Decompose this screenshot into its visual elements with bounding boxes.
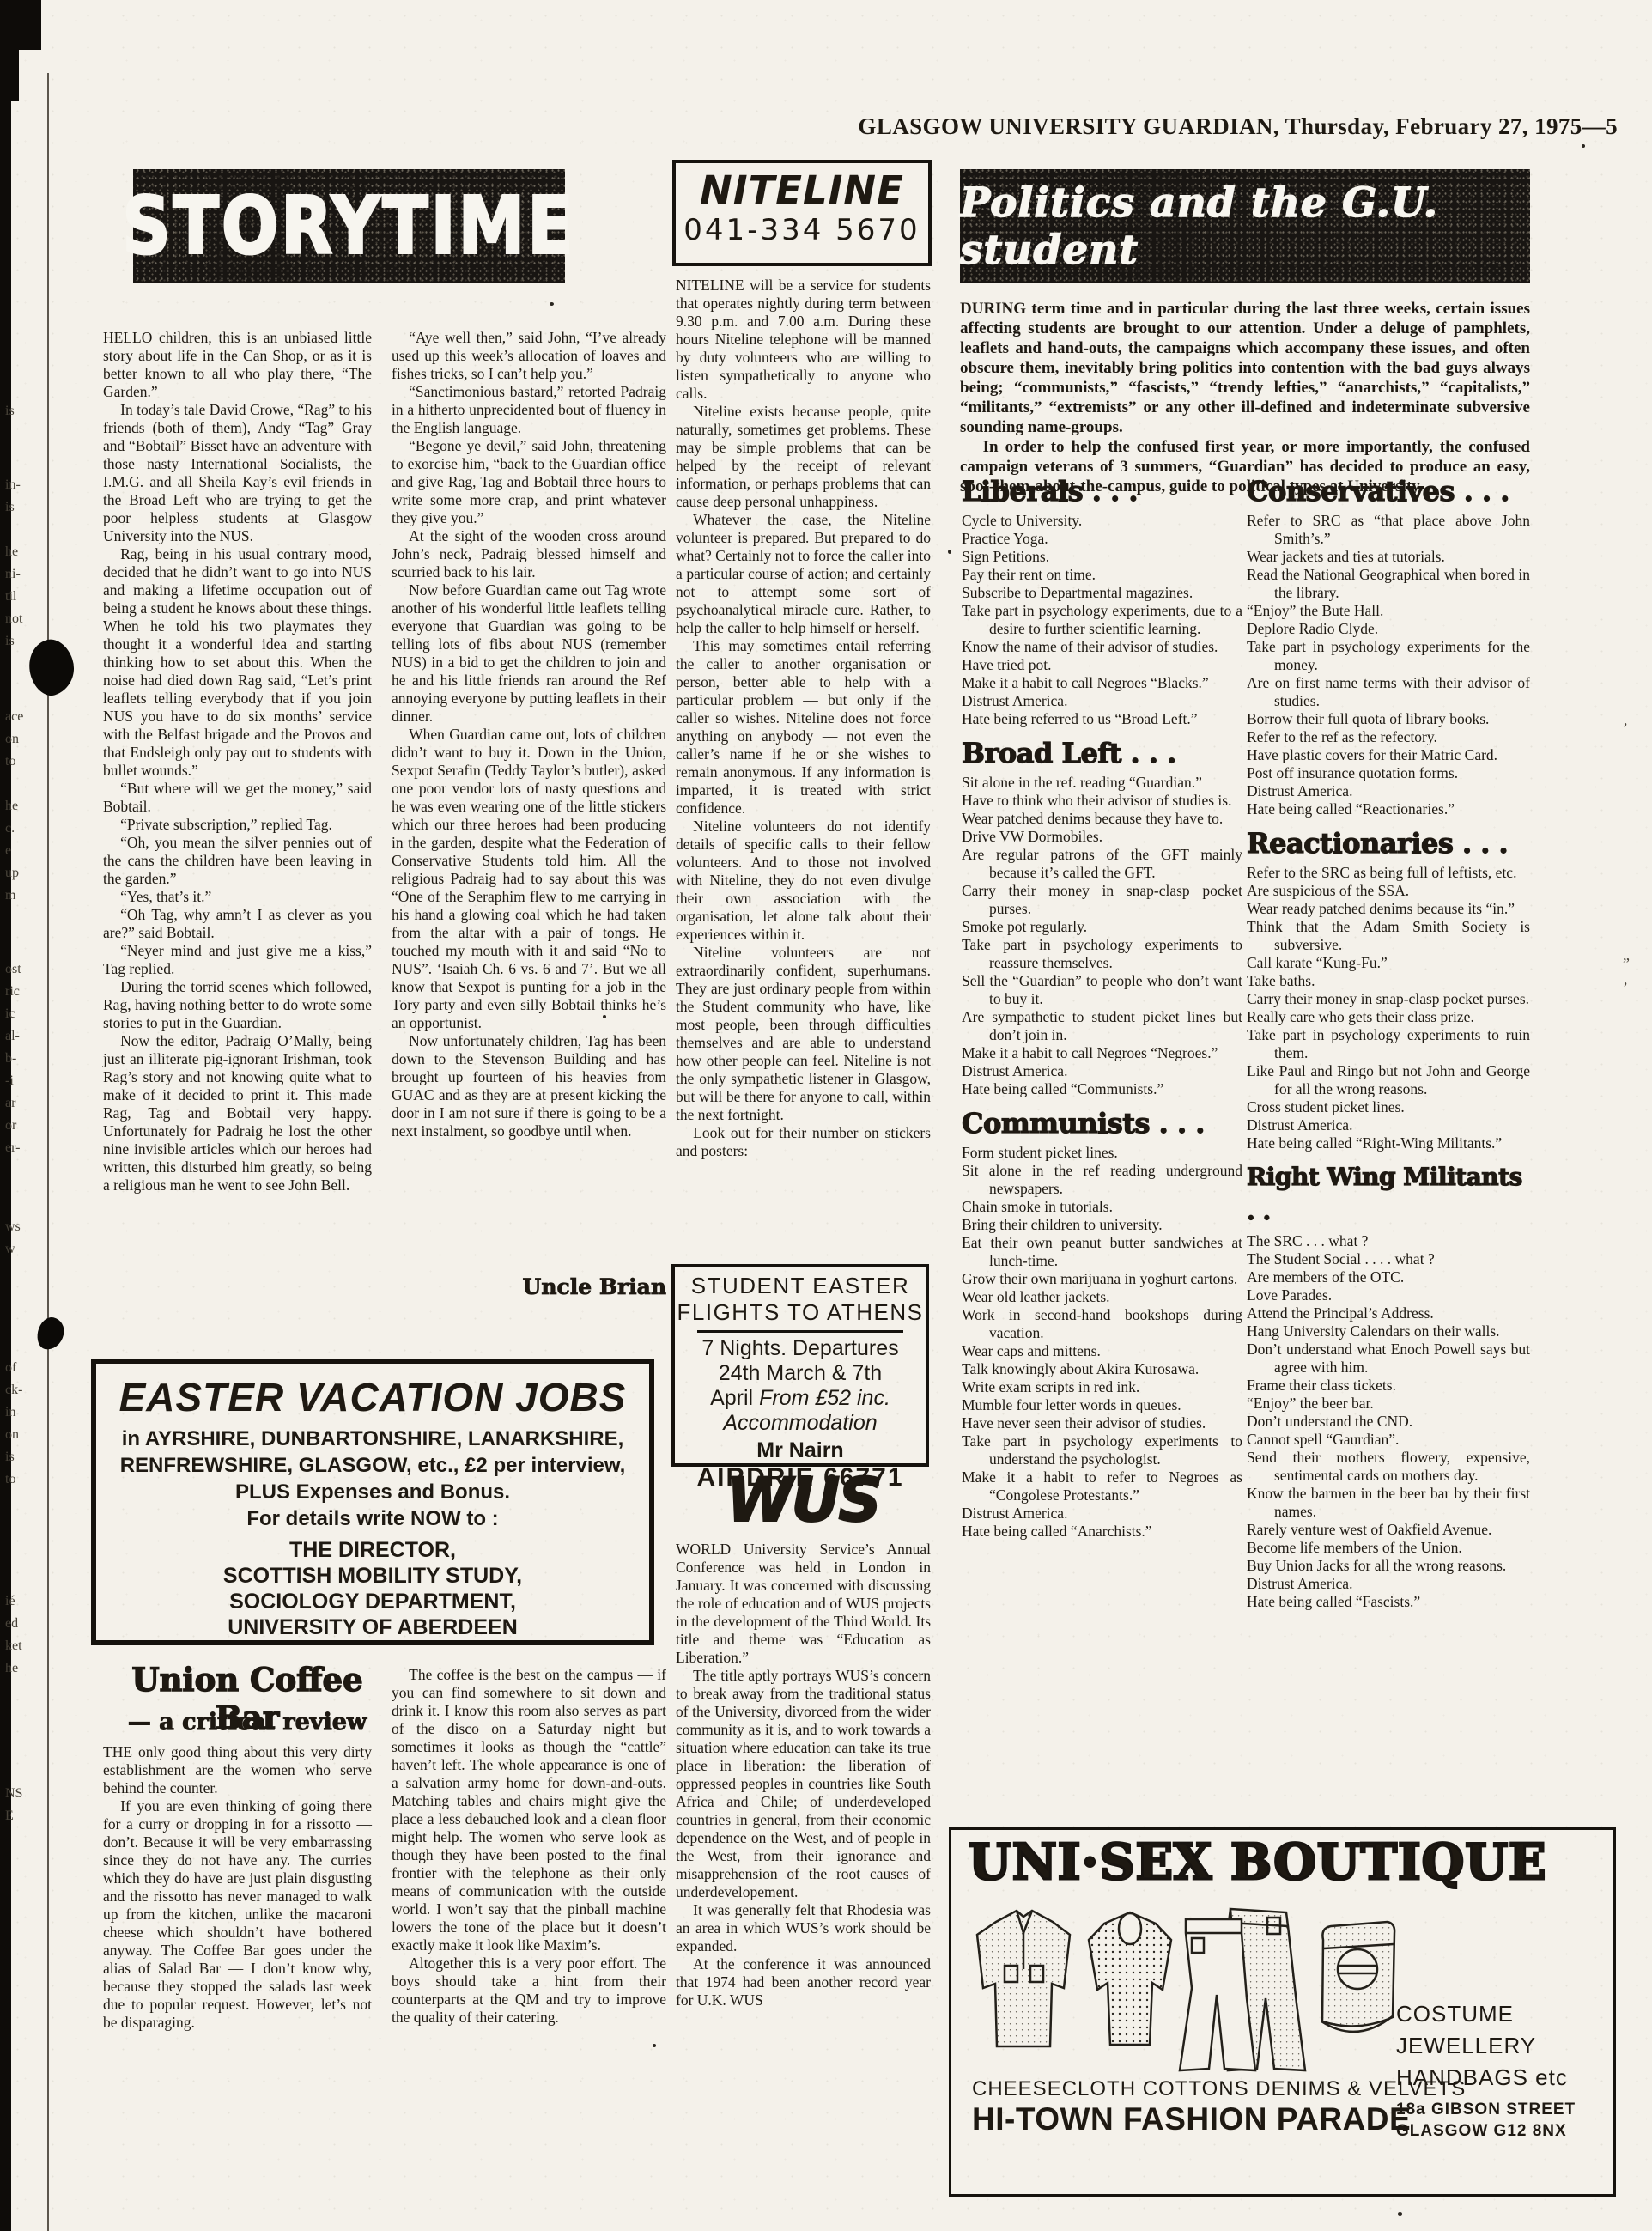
divider-rule — [697, 1330, 902, 1333]
list-item: Have never seen their advisor of studies… — [962, 1414, 1242, 1432]
clothes-illustration — [967, 1902, 1396, 2078]
list-item: Grow their own marijuana in yoghurt cart… — [962, 1270, 1242, 1288]
text-fragment: -i — [5, 1073, 14, 1089]
flights-ad-line: 24th March & 7th — [675, 1361, 926, 1386]
story-paragraph: “Aye well then,” said John, “I’ve alread… — [392, 329, 666, 383]
list-item: Take part in psychology experiments to u… — [962, 1432, 1242, 1468]
list-item: Are on first name terms with their advis… — [1247, 674, 1530, 710]
list-item: Hate being referred to us “Broad Left.” — [962, 710, 1242, 728]
politics-banner: Politics and the G.U. student — [960, 169, 1530, 283]
text-fragment: is — [5, 404, 15, 419]
boutique-ad-materials: CHEESECLOTH COTTONS DENIMS & VELVETS — [972, 2077, 1466, 2101]
list-item: Wear ready patched denims because its “i… — [1247, 900, 1530, 918]
handbag-icon — [1321, 1922, 1394, 2032]
section-heading-communists: Communists . . . — [962, 1106, 1242, 1140]
review-paragraph: The coffee is the best on the campus — i… — [392, 1666, 666, 1954]
list-item: Work in second-hand bookshops during vac… — [962, 1306, 1242, 1342]
text-fragment: or — [5, 1118, 16, 1134]
list-item: Call karate “Kung-Fu.” — [1247, 954, 1530, 972]
text-fragment: e — [5, 843, 11, 859]
text-fragment: ni- — [5, 567, 21, 582]
text-fragment: not — [5, 611, 22, 627]
list-item: Frame their class tickets. — [1247, 1377, 1530, 1395]
list-item: Form student picket lines. — [962, 1144, 1242, 1162]
list-item: Borrow their full quota of library books… — [1247, 710, 1530, 728]
story-paragraph: “Oh Tag, why amn’t I as clever as you ar… — [103, 906, 372, 942]
text-fragment: in — [5, 1405, 15, 1420]
athens-flights-ad: STUDENT EASTER FLIGHTS TO ATHENS 7 Night… — [671, 1264, 929, 1467]
text-fragment: he — [5, 1661, 18, 1676]
boutique-ad-title: UNI·SEX BOUTIQUE — [969, 1833, 1613, 1891]
scan-speck — [550, 302, 554, 306]
section-heading-conservatives: Conservatives . . . — [1247, 474, 1530, 508]
list-item: Think that the Adam Smith Society is sub… — [1247, 918, 1530, 954]
list-item: Know the name of their advisor of studie… — [962, 638, 1242, 656]
right-wing-militants-list: The SRC . . . what ?The Student Social .… — [1247, 1232, 1530, 1611]
text-fragment: ié — [5, 1594, 15, 1609]
text-fragment: al- — [5, 1029, 20, 1044]
article-paragraph: Look out for their number on stickers an… — [676, 1124, 931, 1160]
list-item: Wear jackets and ties at tutorials. — [1247, 548, 1530, 566]
easter-jobs-ad: EASTER VACATION JOBS in AYRSHIRE, DUNBAR… — [91, 1359, 654, 1645]
text-fragment: in- — [5, 477, 21, 493]
list-item: Practice Yoga. — [962, 530, 1242, 548]
wus-logo: WUS — [676, 1465, 931, 1535]
list-item: Deplore Radio Clyde. — [1247, 620, 1530, 638]
reactionaries-list: Refer to the SRC as being full of leftis… — [1247, 864, 1530, 1152]
niteline-logo: NITELINE — [676, 170, 928, 211]
list-item: Write exam scripts in red ink. — [962, 1378, 1242, 1396]
article-paragraph: Niteline exists because people, quite na… — [676, 403, 931, 511]
storytime-title: STORYTIME — [122, 180, 575, 271]
text-fragment: c. — [5, 821, 15, 836]
article-paragraph: Niteline volunteers do not identify deta… — [676, 818, 931, 944]
list-item: Hang University Calendars on their walls… — [1247, 1322, 1530, 1340]
scan-fold-line — [47, 73, 49, 2231]
list-item: “Enjoy” the Bute Hall. — [1247, 602, 1530, 620]
article-paragraph: This may sometimes entail referring the … — [676, 637, 931, 818]
list-item: Cannot spell “Gaurdian”. — [1247, 1431, 1530, 1449]
list-item: Become life members of the Union. — [1247, 1539, 1530, 1557]
list-item: Know the barmen in the beer bar by their… — [1247, 1485, 1530, 1521]
list-item: Hate being called “Anarchists.” — [962, 1523, 1242, 1541]
list-item: Buy Union Jacks for all the wrong reason… — [1247, 1557, 1530, 1575]
list-item: Don’t understand what Enoch Powell says … — [1247, 1340, 1530, 1377]
story-paragraph: “Private subscription,” replied Tag. — [103, 816, 372, 834]
niteline-article: NITELINE will be a service for students … — [676, 277, 931, 1160]
list-item: Distrust America. — [962, 692, 1242, 710]
jobs-ad-line: RENFREWSHIRE, GLASGOW, etc., £2 per inte… — [96, 1452, 649, 1479]
newspaper-page: isin-isheni-tilnotisaceontohec.eupmostri… — [0, 0, 1652, 2231]
list-item: Sit alone in the ref reading underground… — [962, 1162, 1242, 1198]
text-fragment: up — [5, 866, 19, 881]
jobs-ad-address: SOCIOLOGY DEPARTMENT, — [96, 1589, 649, 1614]
list-item: Don’t understand the CND. — [1247, 1413, 1530, 1431]
list-item: Have tried pot. — [962, 656, 1242, 674]
list-item: Chain smoke in tutorials. — [962, 1198, 1242, 1216]
text-fragment: of — [5, 1360, 16, 1376]
list-item: The Student Social . . . . what ? — [1247, 1250, 1530, 1268]
list-item: Refer to SRC as “that place above John S… — [1247, 512, 1530, 548]
jobs-ad-line: PLUS Expenses and Bonus. — [96, 1479, 649, 1505]
flights-ad-title-line: STUDENT EASTER — [675, 1273, 926, 1299]
text-fragment: is — [5, 634, 15, 649]
story-paragraph: During the torrid scenes which followed,… — [103, 978, 372, 1032]
article-paragraph: It was generally felt that Rhodesia was … — [676, 1901, 931, 1955]
politics-column-right: Conservatives . . . Refer to SRC as “tha… — [1247, 474, 1530, 1611]
scan-speck — [653, 2044, 656, 2047]
list-item: Distrust America. — [1247, 782, 1530, 800]
text-fragment: is — [5, 1450, 15, 1465]
story-paragraph: Now the editor, Padraig O’Mally, being j… — [103, 1032, 372, 1195]
jobs-ad-address: UNIVERSITY OF ABERDEEN — [96, 1614, 649, 1640]
text-fragment: is — [5, 500, 15, 515]
jobs-ad-title: EASTER VACATION JOBS — [96, 1374, 649, 1420]
jobs-ad-line: For details write NOW to : — [96, 1505, 649, 1532]
list-item: Take part in psychology experiments to r… — [1247, 1026, 1530, 1062]
list-item: Sell the “Guardian” to people who don’t … — [962, 972, 1242, 1008]
list-item: Rarely venture west of Oakfield Avenue. — [1247, 1521, 1530, 1539]
list-item: Distrust America. — [962, 1505, 1242, 1523]
jobs-ad-line: in AYRSHIRE, DUNBARTONSHIRE, LANARKSHIRE… — [96, 1426, 649, 1452]
list-item: Distrust America. — [1247, 1116, 1530, 1134]
list-item: Drive VW Dormobiles. — [962, 828, 1242, 846]
flights-ad-contact: Mr Nairn — [675, 1438, 926, 1463]
list-item: Are sympathetic to student picket lines … — [962, 1008, 1242, 1044]
list-item: Really care who gets their class prize. — [1247, 1008, 1530, 1026]
text-fragment: ost — [5, 962, 21, 977]
storytime-column-2: “Aye well then,” said John, “I’ve alread… — [392, 329, 666, 1140]
text-fragment: til — [5, 589, 16, 605]
politics-title: Politics and the G.U. student — [960, 179, 1530, 274]
article-paragraph: WORLD University Service’s Annual Confer… — [676, 1541, 931, 1667]
text-fragment: ic — [5, 1006, 15, 1022]
byline-uncle-brian: Uncle Brian — [392, 1274, 666, 1299]
list-item: Are suspicious of the SSA. — [1247, 882, 1530, 900]
article-paragraph: Whatever the case, the Niteline voluntee… — [676, 511, 931, 637]
list-item: Hate being called “Right-Wing Militants.… — [1247, 1134, 1530, 1152]
review-paragraph: If you are even thinking of going there … — [103, 1797, 372, 2032]
scan-speck — [948, 550, 951, 554]
text-fragment: ” — [1623, 955, 1630, 973]
blouse-icon — [1089, 1912, 1171, 2045]
intro-paragraph: DURING term time and in particular durin… — [960, 299, 1530, 437]
bleedthrough-text-left: isin-isheni-tilnotisaceontohec.eupmostri… — [0, 0, 43, 2231]
shirt-icon — [977, 1911, 1070, 2046]
list-item: Sign Petitions. — [962, 548, 1242, 566]
list-item: Cycle to University. — [962, 512, 1242, 530]
broad-left-list: Sit alone in the ref. reading “Guardian.… — [962, 774, 1242, 1098]
article-paragraph: The title aptly portrays WUS’s concern t… — [676, 1667, 931, 1901]
text-fragment: he — [5, 799, 18, 814]
text-fragment: w — [5, 1242, 15, 1257]
text-fragment: er- — [5, 1140, 20, 1156]
section-heading-liberals: Liberals . . . — [962, 474, 1242, 508]
flights-ad-price: From £52 inc. — [759, 1386, 890, 1410]
list-item: Eat their own peanut butter sandwiches a… — [962, 1234, 1242, 1270]
article-paragraph: At the conference it was announced that … — [676, 1955, 931, 2009]
article-paragraph: NITELINE will be a service for students … — [676, 277, 931, 403]
story-paragraph: “Yes, that’s it.” — [103, 888, 372, 906]
bleedthrough-text-right: ’”’ — [1619, 0, 1650, 2231]
list-item: Subscribe to Departmental magazines. — [962, 584, 1242, 602]
list-item: Send their mothers flowery, expensive, s… — [1247, 1449, 1530, 1485]
scan-speck — [1398, 2212, 1402, 2216]
boutique-ad: UNI·SEX BOUTIQUE — [949, 1827, 1616, 2197]
list-item: Make it a habit to call Negroes “Blacks.… — [962, 674, 1242, 692]
story-paragraph: “Neyer mind and just give me a kiss,” Ta… — [103, 942, 372, 978]
list-item: Are members of the OTC. — [1247, 1268, 1530, 1286]
text-fragment: ace — [5, 709, 23, 725]
list-item: Read the National Geographical when bore… — [1247, 566, 1530, 602]
story-paragraph: HELLO children, this is an unbiased litt… — [103, 329, 372, 401]
list-item: Post off insurance quotation forms. — [1247, 764, 1530, 782]
boutique-ad-item: JEWELLERY — [1396, 2030, 1606, 2062]
list-item: Mumble four letter words in queues. — [962, 1396, 1242, 1414]
list-item: Carry their money in snap-clasp pocket p… — [1247, 990, 1530, 1008]
list-item: Refer to the SRC as being full of leftis… — [1247, 864, 1530, 882]
text-fragment: ed — [5, 1616, 18, 1632]
list-item: Pay their rent on time. — [962, 566, 1242, 584]
list-item: Distrust America. — [1247, 1575, 1530, 1593]
list-item: Wear caps and mittens. — [962, 1342, 1242, 1360]
list-item: Sit alone in the ref. reading “Guardian.… — [962, 774, 1242, 792]
story-paragraph: Now unfortunately children, Tag has been… — [392, 1032, 666, 1140]
review-paragraph: THE only good thing about this very dirt… — [103, 1743, 372, 1797]
list-item: Take part in psychology experiments, due… — [962, 602, 1242, 638]
list-item: “Enjoy” the beer bar. — [1247, 1395, 1530, 1413]
niteline-ad-box: NITELINE 041-334 5670 — [672, 160, 932, 266]
flights-ad-line: April From £52 inc. — [675, 1386, 926, 1411]
story-paragraph: Rag, being in his usual contrary mood, d… — [103, 545, 372, 780]
conservatives-list: Refer to SRC as “that place above John S… — [1247, 512, 1530, 818]
list-item: Make it a habit to call Negroes “Negroes… — [962, 1044, 1242, 1062]
scan-speck — [1582, 144, 1585, 148]
section-heading-right-wing-militants: Right Wing Militants . . — [1247, 1160, 1530, 1229]
text-fragment: on — [5, 732, 19, 747]
text-fragment: ck- — [5, 1383, 22, 1398]
boutique-ad-address: 18a GIBSON STREET — [1396, 2099, 1606, 2120]
wus-article: WORLD University Service’s Annual Confer… — [676, 1541, 931, 2009]
story-paragraph: In today’s tale David Crowe, “Rag” to hi… — [103, 401, 372, 545]
boutique-ad-shop-name: HI-TOWN FASHION PARADE — [972, 2101, 1411, 2137]
list-item: Take part in psychology experiments for … — [1247, 638, 1530, 674]
storytime-banner: STORYTIME — [133, 169, 565, 283]
list-item: Attend the Principal’s Address. — [1247, 1304, 1530, 1322]
story-paragraph: “But where will we get the money,” said … — [103, 780, 372, 816]
story-paragraph: At the sight of the wooden cross around … — [392, 527, 666, 581]
jobs-ad-address: THE DIRECTOR, — [96, 1537, 649, 1563]
list-item: Distrust America. — [962, 1062, 1242, 1080]
communists-list: Form student picket lines.Sit alone in t… — [962, 1144, 1242, 1541]
text-fragment: on — [5, 1427, 19, 1443]
text-fragment: ar — [5, 1096, 15, 1111]
coffee-review-column-1: THE only good thing about this very dirt… — [103, 1743, 372, 2032]
liberals-list: Cycle to University.Practice Yoga.Sign P… — [962, 512, 1242, 728]
list-item: Make it a habit to refer to Negroes as “… — [962, 1468, 1242, 1505]
story-paragraph: When Guardian came out, lots of children… — [392, 726, 666, 1032]
niteline-phone-number: 041-334 5670 — [676, 213, 928, 247]
section-heading-reactionaries: Reactionaries . . . — [1247, 826, 1530, 860]
list-item: Have to think who their advisor of studi… — [962, 792, 1242, 810]
text-fragment: ’ — [1623, 720, 1628, 738]
boutique-ad-item: COSTUME — [1396, 1998, 1606, 2030]
list-item: Take part in psychology experiments to r… — [962, 936, 1242, 972]
list-item: Bring their children to university. — [962, 1216, 1242, 1234]
list-item: Smoke pot regularly. — [962, 918, 1242, 936]
coffee-review-column-2: The coffee is the best on the campus — i… — [392, 1666, 666, 2027]
article-paragraph: Niteline volunteers are not extraordinar… — [676, 944, 931, 1124]
story-paragraph: “Sanctimonious bastard,” retorted Padrai… — [392, 383, 666, 437]
list-item: Hate being called “Reactionaries.” — [1247, 800, 1530, 818]
text-fragment: b- — [5, 1051, 16, 1067]
text-fragment: ws — [5, 1219, 21, 1235]
flights-ad-text: April — [710, 1386, 759, 1410]
list-item: Cross student picket lines. — [1247, 1098, 1530, 1116]
storytime-column-1: HELLO children, this is an unbiased litt… — [103, 329, 372, 1195]
story-paragraph: Now before Guardian came out Tag wrote a… — [392, 581, 666, 726]
politics-column-left: Liberals . . . Cycle to University.Pract… — [962, 474, 1242, 1541]
list-item: Love Parades. — [1247, 1286, 1530, 1304]
politics-intro: DURING term time and in particular durin… — [960, 299, 1530, 496]
flights-ad-accommodation: Accommodation — [723, 1411, 877, 1435]
flights-ad-line: 7 Nights. Departures — [675, 1336, 926, 1361]
list-item: Are regular patrons of the GFT mainly be… — [962, 846, 1242, 882]
text-fragment: NS — [5, 1786, 22, 1802]
story-paragraph: “Oh, you mean the silver pennies out of … — [103, 834, 372, 888]
text-fragment: m — [5, 888, 15, 903]
jobs-ad-address: SCOTTISH MOBILITY STUDY, — [96, 1563, 649, 1589]
list-item: Have plastic covers for their Matric Car… — [1247, 746, 1530, 764]
list-item: Take baths. — [1247, 972, 1530, 990]
flights-ad-line: Accommodation — [675, 1411, 926, 1436]
list-item: Carry their money in snap-clasp pocket p… — [962, 882, 1242, 918]
list-item: Talk knowingly about Akira Kurosawa. — [962, 1360, 1242, 1378]
text-fragment: E — [5, 1809, 14, 1824]
story-paragraph: “Begone ye devil,” said John, threatenin… — [392, 437, 666, 527]
boutique-ad-address: GLASGOW G12 8NX — [1396, 2120, 1606, 2142]
flights-ad-title-line: FLIGHTS TO ATHENS — [675, 1299, 926, 1326]
list-item: Hate being called “Fascists.” — [1247, 1593, 1530, 1611]
text-fragment: ket — [5, 1638, 22, 1654]
list-item: Refer to the ref as the refectory. — [1247, 728, 1530, 746]
text-fragment: to — [5, 1472, 15, 1487]
review-paragraph: Altogether this is a very poor effort. T… — [392, 1954, 666, 2027]
section-heading-broad-left: Broad Left . . . — [962, 736, 1242, 770]
list-item: Hate being called “Communists.” — [962, 1080, 1242, 1098]
text-fragment: to — [5, 754, 15, 769]
list-item: The SRC . . . what ? — [1247, 1232, 1530, 1250]
text-fragment: he — [5, 544, 18, 560]
text-fragment: ric — [5, 984, 20, 1000]
masthead: GLASGOW UNIVERSITY GUARDIAN, Thursday, F… — [515, 113, 1618, 140]
flights-ad-title: STUDENT EASTER FLIGHTS TO ATHENS — [675, 1273, 926, 1326]
list-item: Like Paul and Ringo but not John and Geo… — [1247, 1062, 1530, 1098]
boutique-ad-right-block: COSTUME JEWELLERY HANDBAGS etc 18a GIBSO… — [1396, 1998, 1606, 2142]
list-item: Wear patched denims because they have to… — [962, 810, 1242, 828]
text-fragment: ’ — [1623, 979, 1628, 997]
list-item: Wear old leather jackets. — [962, 1288, 1242, 1306]
coffee-review-subheading: — a critical review — [103, 1709, 392, 1736]
